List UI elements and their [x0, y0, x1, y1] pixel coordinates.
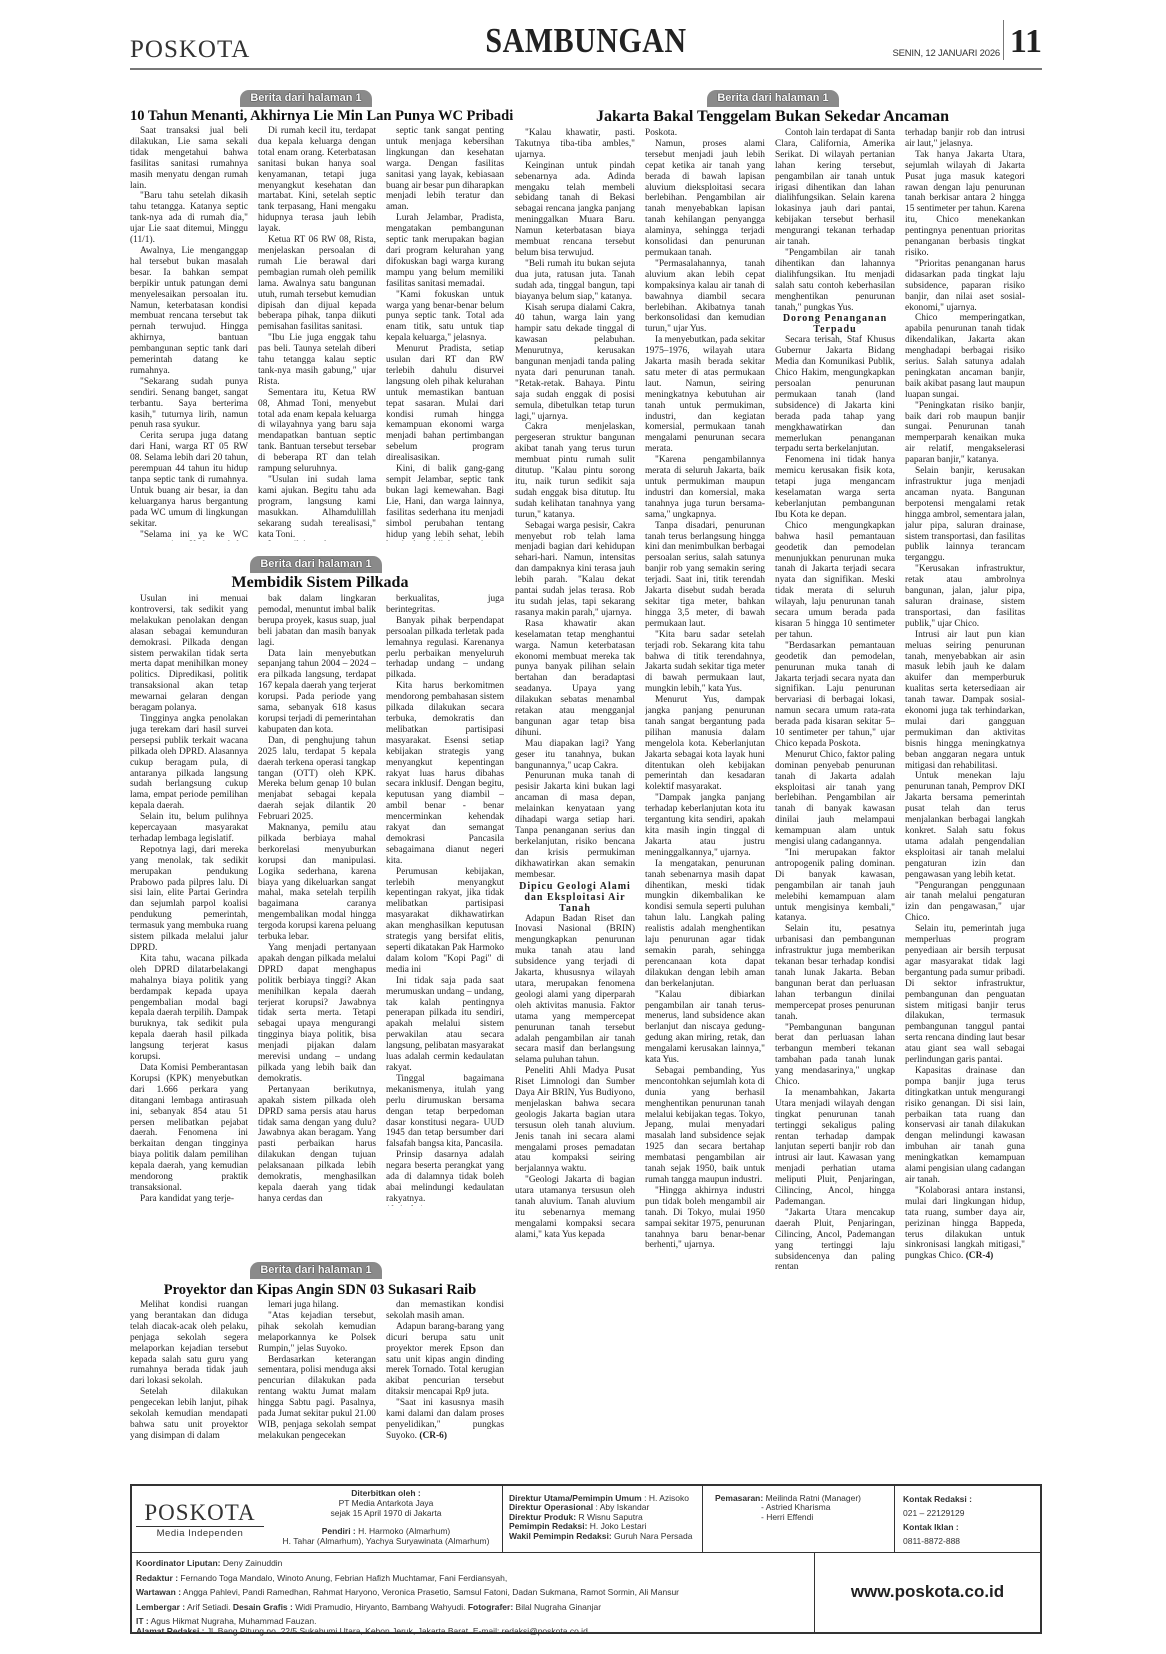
article-proyektor-col-2: lemari juga hilang."Atas kejadian terseb…: [258, 1300, 376, 1452]
impressum-top: POSKOTA Media Independen Diterbitkan ole…: [132, 1486, 1040, 1553]
impressum-box: POSKOTA Media Independen Diterbitkan ole…: [130, 1484, 1042, 1634]
article-lie-min-col-3: septic tank sangat penting untuk menjaga…: [386, 126, 504, 541]
subheading: Dipicu Geologi Alami dan Eksploitasi Air…: [515, 881, 635, 914]
editorial-phone: 021 – 22129129: [903, 1506, 1040, 1520]
ads-phone: 0811-8872-888: [903, 1534, 1040, 1548]
byline: (Azisoko): [386, 1205, 424, 1206]
footer-logo: POSKOTA Media Independen: [136, 1500, 264, 1539]
headline-pilkada: Membidik Sistem Pilkada: [130, 574, 510, 592]
website-link[interactable]: www.poskota.co.id: [814, 1552, 1040, 1632]
continued-badge: Berita dari halaman 1: [250, 556, 382, 573]
marketing-info: Pemasaran: Meilinda Ratni (Manager) - As…: [702, 1486, 894, 1552]
continued-badge: Berita dari halaman 1: [250, 1262, 382, 1279]
article-pilkada-col-1: Usulan ini menuai kontroversi, tak sedik…: [130, 594, 248, 1206]
article-lie-min-col-1: Saat transaksi jual beli dilakukan, Lie …: [130, 126, 248, 541]
staff-list: Koordinator Liputan: Deny Zainuddin Reda…: [136, 1556, 836, 1636]
continued-badge: Berita dari halaman 1: [707, 90, 839, 107]
headline-proyektor: Proyektor dan Kipas Angin SDN 03 Sukasar…: [130, 1282, 510, 1299]
byline: (CR-6): [419, 1431, 447, 1441]
tagline: Media Independen: [136, 1528, 264, 1539]
article-jakarta-col-3: Contoh lain terdapat di Santa Clara, Cal…: [775, 128, 895, 1454]
issue-date: SENIN, 12 JANUARI 2026: [892, 48, 1000, 59]
directors-list: Direktur Utama/Pemimpin Umum : H. Azisok…: [502, 1486, 702, 1552]
newspaper-page: POSKOTA SAMBUNGAN SENIN, 12 JANUARI 2026…: [130, 0, 1042, 1654]
byline: (CR-4): [966, 1251, 994, 1261]
article-lie-min-col-2: Di rumah kecil itu, terdapat dua kepala …: [258, 126, 376, 541]
contact-info: Kontak Redaksi : 021 – 22129129 Kontak I…: [894, 1486, 1040, 1552]
article-pilkada-col-2: bak dalam lingkaran pemodal, menuntut im…: [258, 594, 376, 1206]
article-jakarta-col-2: Poskota.Namun, proses alami tersebut men…: [645, 128, 765, 1454]
continued-badge: Berita dari halaman 1: [240, 90, 372, 107]
masthead: POSKOTA SAMBUNGAN SENIN, 12 JANUARI 2026…: [130, 24, 1042, 70]
page-number: 11: [1003, 20, 1042, 60]
publisher-info: Diterbitkan oleh : PT Media Antarkota Ja…: [268, 1488, 504, 1546]
article-jakarta-col-4: terhadap banjir rob dan intrusi air laut…: [905, 128, 1025, 1454]
subheading: Dorong Penanganan Terpadu: [775, 313, 895, 335]
headline-lie-min: 10 Tahun Menanti, Akhirnya Lie Min Lan P…: [130, 108, 510, 125]
article-jakarta-col-1: "Kalau khawatir, pasti. Takutnya tiba-ti…: [515, 128, 635, 1454]
article-proyektor-col-1: Melihat kondisi ruangan yang berantakan …: [130, 1300, 248, 1452]
article-proyektor-col-3: dan memastikan kondisi sekolah masih ama…: [386, 1300, 504, 1452]
article-pilkada-col-3: berkualitas, juga berintegritas.Banyak p…: [386, 594, 504, 1206]
headline-jakarta: Jakarta Bakal Tenggelam Bukan Sekedar An…: [515, 108, 1030, 126]
